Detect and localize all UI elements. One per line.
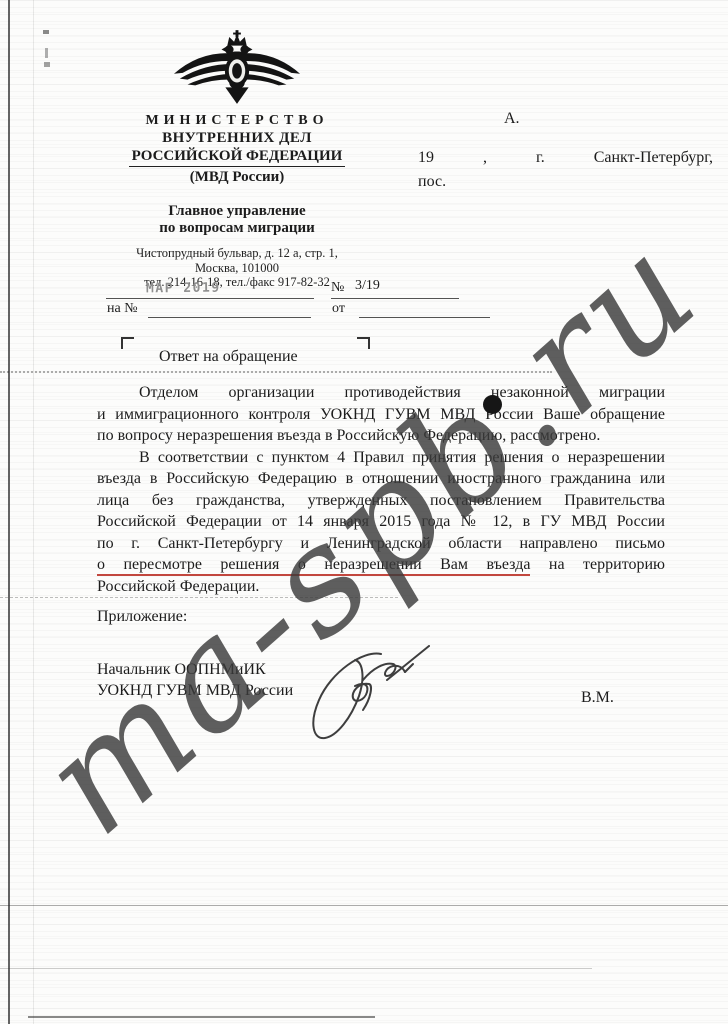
handwritten-signature <box>293 638 443 746</box>
body-line: по вопросу неразрешения въезда в Российс… <box>97 427 665 449</box>
scan-dotted-separator <box>0 371 552 373</box>
body-line: по г. Санкт-Петербургу и Ленинградской о… <box>97 535 665 557</box>
body-line: въезда в Российскую Федерацию в отношени… <box>97 470 665 492</box>
mvd-double-headed-eagle-icon <box>173 28 301 106</box>
addressee-city-abbrev: г. <box>536 149 545 167</box>
signer-post-line1: Начальник ООПНМиИК <box>97 661 266 679</box>
outgoing-number-value: 3/19 <box>355 278 380 294</box>
body-line-red-underlined: о пересмотре решения о неразрешении Вам … <box>97 556 665 578</box>
body-line: и иммиграционного контроля УОКНД ГУВМ МВ… <box>97 406 665 428</box>
ministry-short-name: (МВД России) <box>96 169 378 186</box>
scan-speck <box>45 48 48 58</box>
department-line2: по вопросам миграции <box>96 220 378 237</box>
ministry-name-line2: ВНУТРЕННИХ ДЕЛ <box>96 130 378 147</box>
addressee-city: Санкт-Петербург, <box>594 149 713 167</box>
department-line1: Главное управление <box>96 203 378 220</box>
letter-body: Отделом организации противодействия неза… <box>97 384 665 599</box>
red-underlined-phrase: о пересмотре решения о неразрешении Вам … <box>97 556 530 576</box>
addressee-address-line: 19 , г. Санкт-Петербург, <box>418 149 713 167</box>
scan-speck <box>43 30 49 34</box>
ink-blot-redaction-dot <box>483 395 502 414</box>
body-line: Отделом организации противодействия неза… <box>97 384 665 406</box>
scan-edge-line <box>8 0 10 1024</box>
subject-line: Ответ на обращение <box>159 348 298 366</box>
scan-speck <box>44 62 50 67</box>
body-line: В соответствии с пунктом 4 Правил принят… <box>97 449 665 471</box>
body-line: лица без гражданства, утвержденных поста… <box>97 492 665 514</box>
date-underline <box>106 298 314 299</box>
signer-post-line2: УОКНД ГУВМ МВД России <box>97 682 293 700</box>
address-line1: Чистопрудный бульвар, д. 12 а, стр. 1, <box>96 246 378 261</box>
ref-ot-label: от <box>332 301 345 317</box>
address-line2: Москва, 101000 <box>96 261 378 276</box>
addressee-house-number: 19 <box>418 149 434 167</box>
body-line: Российской Федерации от 14 января 2015 г… <box>97 513 665 535</box>
corner-bracket-left-icon <box>121 337 134 349</box>
corner-bracket-right-icon <box>357 337 370 349</box>
ministry-name-line1: МИНИСТЕРСТВО <box>96 113 378 129</box>
ministry-name-line3: РОССИЙСКОЙ ФЕДЕРАЦИИ <box>129 148 346 167</box>
scan-artifact-line <box>0 968 592 969</box>
addressee-settlement-abbrev: пос. <box>418 173 446 191</box>
addressee-comma: , <box>483 149 487 167</box>
number-sign-label: № <box>331 280 344 296</box>
signer-initials: В.М. <box>581 689 614 707</box>
scanned-letter-page: МИНИСТЕРСТВО ВНУТРЕННИХ ДЕЛ РОССИЙСКОЙ Ф… <box>0 0 728 1024</box>
ref-na-label: на № <box>107 301 138 317</box>
scan-edge-line-faint <box>33 0 34 1024</box>
ref-ot-underline <box>359 317 490 318</box>
scan-artifact-line <box>28 1016 375 1018</box>
attachment-label: Приложение: <box>97 608 187 626</box>
letterhead: МИНИСТЕРСТВО ВНУТРЕННИХ ДЕЛ РОССИЙСКОЙ Ф… <box>96 28 378 290</box>
ref-na-underline <box>148 317 311 318</box>
scan-artifact-line <box>0 905 728 906</box>
addressee-initial: А. <box>504 110 520 128</box>
body-line: Российской Федерации. <box>97 578 665 600</box>
number-underline <box>331 298 459 299</box>
date-stamp: МАР 2019 <box>146 281 221 297</box>
